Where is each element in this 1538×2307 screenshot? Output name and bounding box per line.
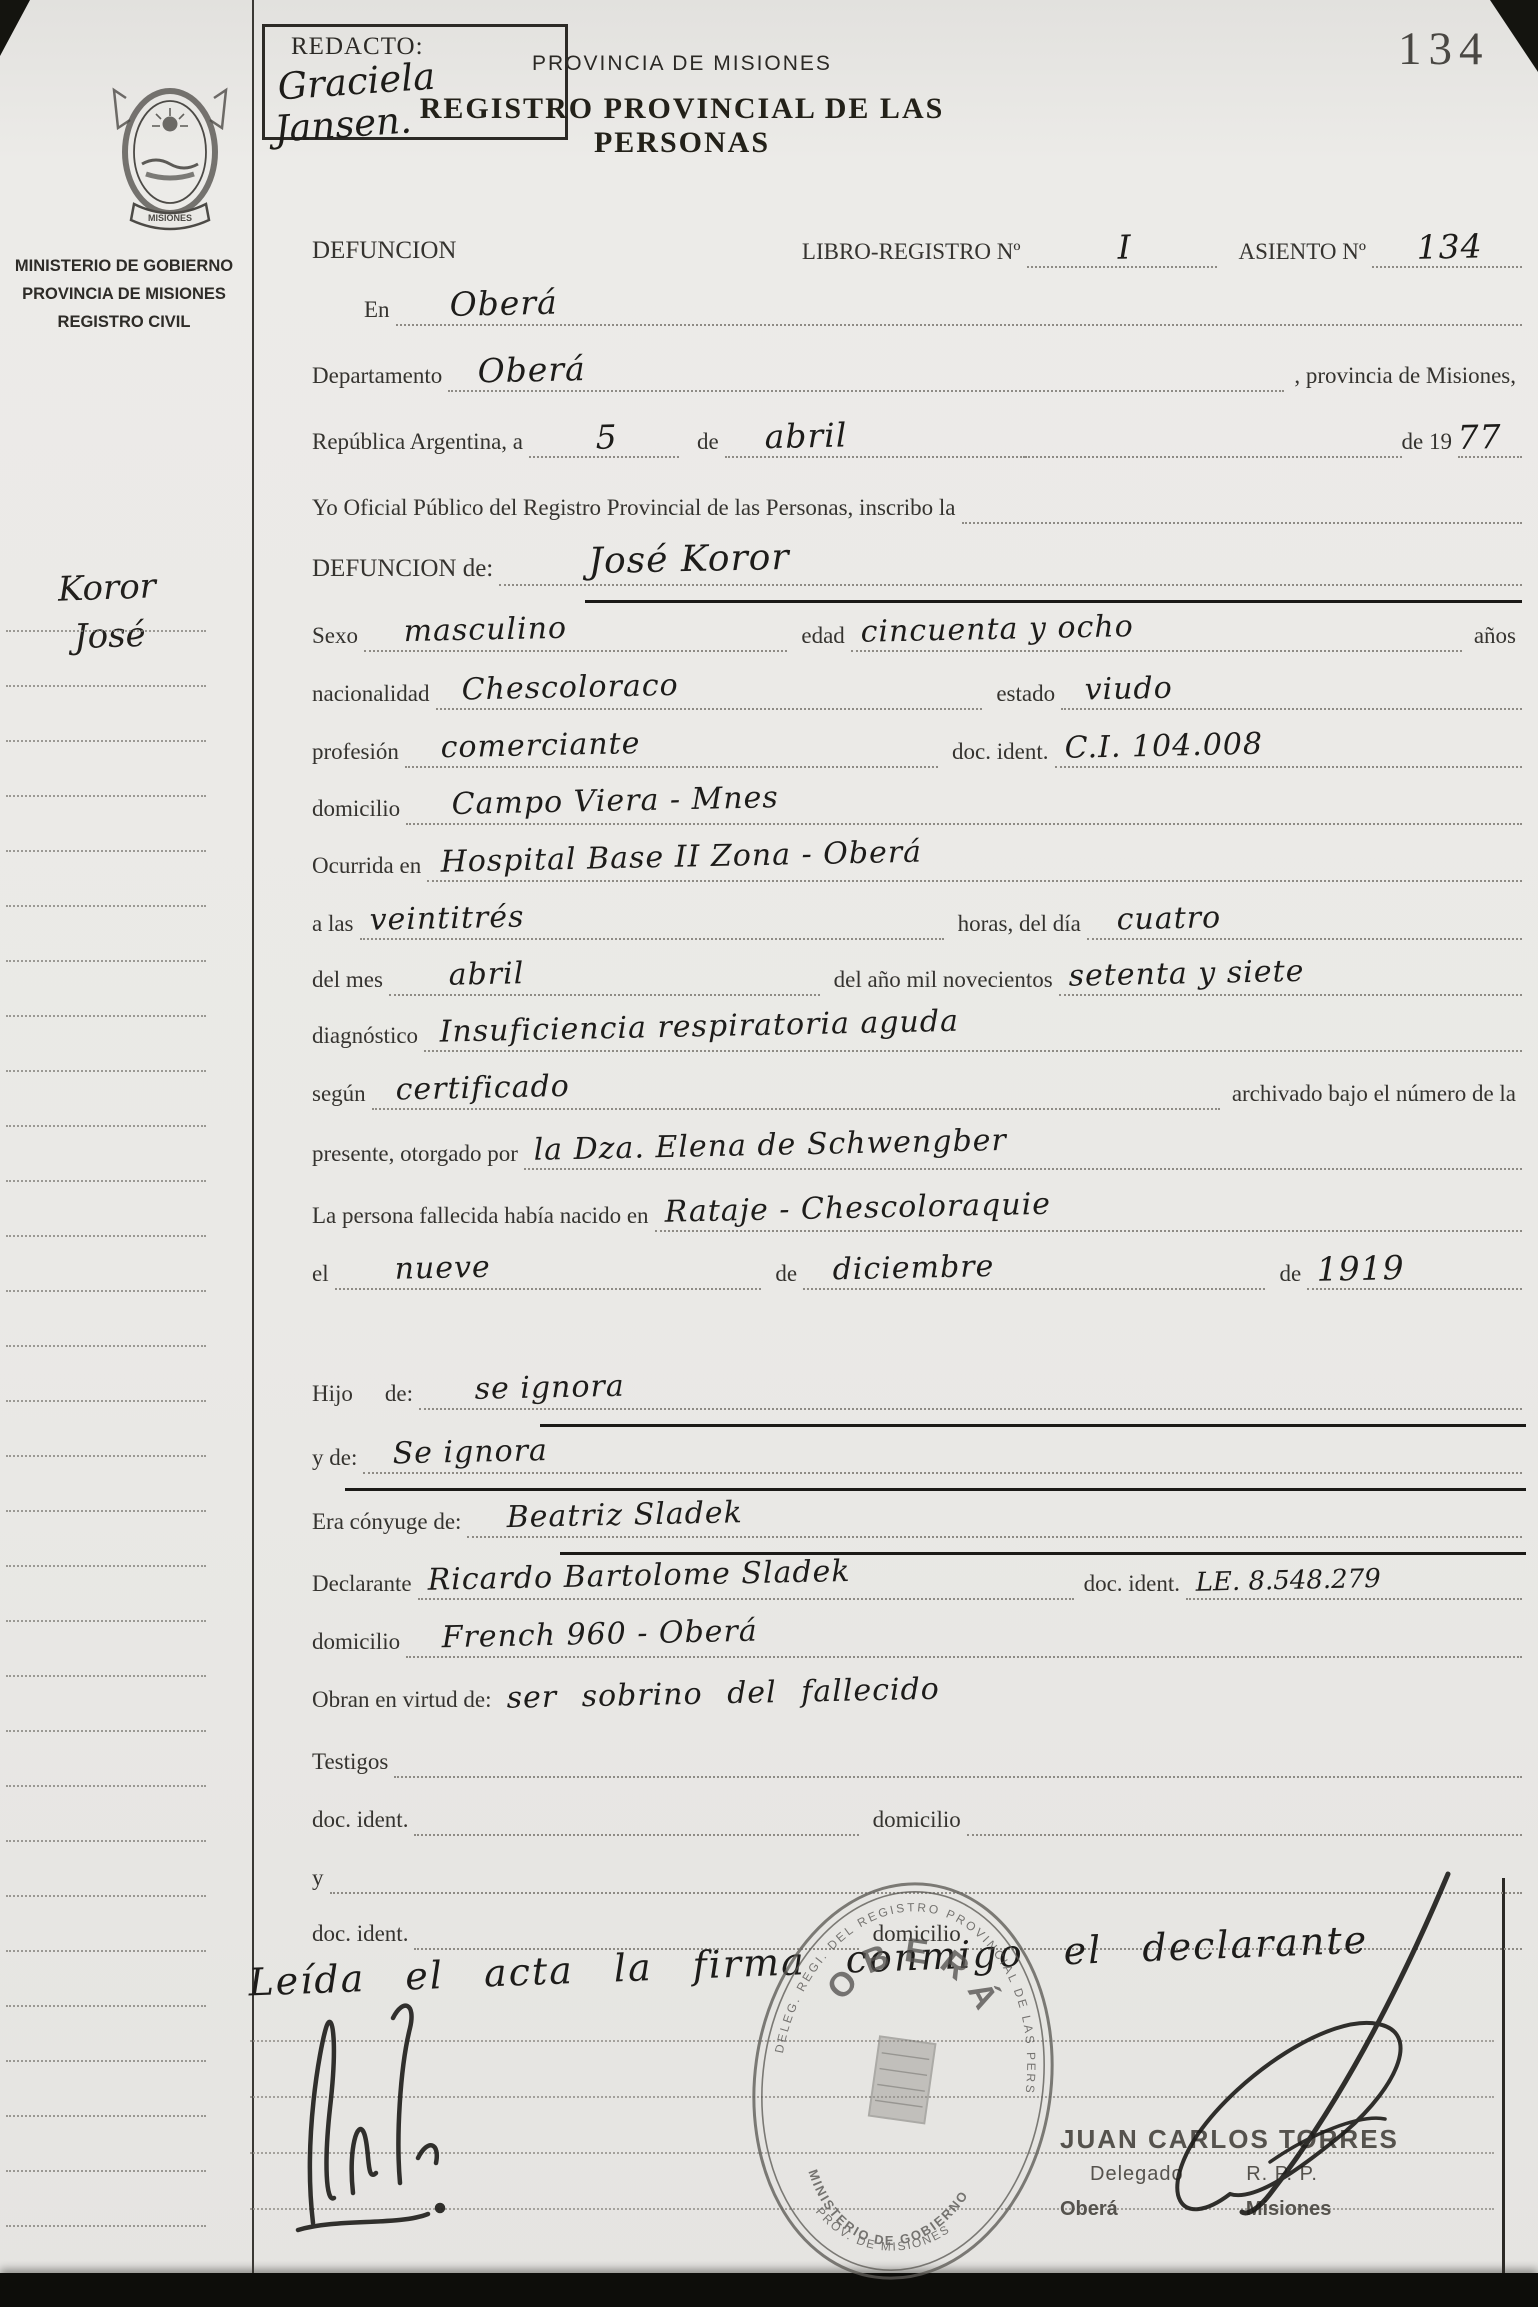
heavy-rule bbox=[585, 600, 1522, 603]
issued-by-row: presente, otorgado por la Dza. Elena de … bbox=[312, 1126, 1522, 1170]
de-label: de bbox=[679, 429, 725, 458]
place-field: Oberá bbox=[396, 289, 1522, 326]
place-row: En Oberá bbox=[312, 282, 1522, 326]
ocurrida-label: Ocurrida en bbox=[312, 853, 427, 882]
left-signature bbox=[268, 1958, 528, 2258]
segun-field: certificado bbox=[372, 1076, 1220, 1110]
year-field: 77 bbox=[1458, 421, 1522, 458]
heavy-rule bbox=[560, 1552, 1526, 1555]
domicilio3-label: domicilio bbox=[859, 1807, 967, 1836]
segun-label: según bbox=[312, 1081, 372, 1110]
date-row: República Argentina, a 5 de abril de 19 … bbox=[312, 414, 1522, 458]
emblem-ribbon-text: MISIONES bbox=[148, 213, 192, 223]
domicilio-field: Campo Viera - Mnes bbox=[406, 791, 1522, 825]
edad-label: edad bbox=[787, 623, 850, 652]
conyuge-label: Era cónyuge de: bbox=[312, 1509, 467, 1538]
death-month-row: del mes abril del año mil novecientos se… bbox=[312, 952, 1522, 996]
sex-age-row: Sexo masculino edad cincuenta y ocho año… bbox=[312, 608, 1522, 652]
father-row: Hijo de: se ignora bbox=[312, 1366, 1522, 1410]
asiento-field: 134 bbox=[1372, 231, 1522, 268]
libro-registro-label: LIBRO-REGISTRO Nº bbox=[802, 239, 1027, 268]
ocurrida-field: Hospital Base II Zona - Oberá bbox=[427, 848, 1522, 882]
spouse-field: Beatriz Sladek bbox=[467, 1504, 1522, 1538]
dia-field: cuatro bbox=[1087, 906, 1522, 940]
official-signature-block: JUAN CARLOS TORRES Delegado R. P. P. Obe… bbox=[1060, 2124, 1420, 2221]
anos-label: años bbox=[1462, 623, 1522, 652]
declarante-label: Declarante bbox=[312, 1571, 418, 1600]
doc-ident2-field: LE. 8.548.279 bbox=[1186, 1570, 1522, 1600]
archivado-label: archivado bajo el número de la bbox=[1220, 1081, 1522, 1110]
official-statement-label: Yo Oficial Público del Registro Provinci… bbox=[312, 495, 962, 524]
ministry-line: MINISTERIO DE GOBIERNO bbox=[8, 252, 240, 280]
doc-ident3-label: doc. ident. bbox=[312, 1807, 414, 1836]
provincia-suffix: , provincia de Misiones, bbox=[1284, 363, 1522, 392]
libro-registro-field: I bbox=[1027, 231, 1217, 268]
spouse-row: Era cónyuge de: Beatriz Sladek bbox=[312, 1494, 1522, 1538]
nac-mes-field: diciembre bbox=[803, 1256, 1265, 1290]
del-mes-label: del mes bbox=[312, 967, 389, 996]
defuncion-de-label: DEFUNCION de: bbox=[312, 555, 499, 586]
mother-field: Se ignora bbox=[363, 1440, 1522, 1474]
nacionalidad-label: nacionalidad bbox=[312, 681, 436, 710]
hijo-de-label: de: bbox=[359, 1381, 419, 1410]
horas-dia-label: horas, del día bbox=[944, 911, 1087, 940]
hijo-label: Hijo bbox=[312, 1381, 359, 1410]
medico-field: la Dza. Elena de Schwengber bbox=[524, 1136, 1522, 1170]
de-label: de bbox=[761, 1261, 803, 1290]
edad-field: cincuenta y ocho bbox=[851, 618, 1462, 652]
profesion-label: profesión bbox=[312, 739, 405, 768]
margin-givenname-annotation: José bbox=[73, 615, 146, 657]
birth-date-row: el nueve de diciembre de 1919 bbox=[312, 1246, 1522, 1290]
declarant-field: Ricardo Bartolome Sladek bbox=[418, 1566, 1074, 1600]
witness1-id-row: doc. ident. domicilio bbox=[312, 1792, 1522, 1836]
obran-field: ser sobrino del fallecido bbox=[497, 1684, 1522, 1716]
sexo-field: masculino bbox=[364, 618, 787, 652]
profesion-field: comerciante bbox=[405, 734, 938, 768]
domicile-row: domicilio Campo Viera - Mnes bbox=[312, 781, 1522, 825]
official-location: Oberá Misiones bbox=[1060, 2198, 1420, 2221]
scan-corner-mark bbox=[1490, 0, 1538, 72]
coat-of-arms-misiones: MISIONES bbox=[106, 68, 234, 250]
year-prefix-label: de 19 bbox=[1402, 429, 1458, 458]
diagnostico-field: Insuficiencia respiratoria aguda bbox=[424, 1018, 1522, 1052]
hora-field: veintitrés bbox=[360, 906, 944, 940]
birth-place-row: La persona fallecida había nacido en Rat… bbox=[312, 1188, 1522, 1232]
republica-label: República Argentina, a bbox=[312, 429, 529, 458]
certificate-row: según certificado archivado bajo el núme… bbox=[312, 1066, 1522, 1110]
doc-ident-label: doc. ident. bbox=[938, 739, 1054, 768]
day-field: 5 bbox=[529, 421, 679, 458]
death-place-row: Ocurrida en Hospital Base II Zona - Ober… bbox=[312, 838, 1522, 882]
nacido-label: La persona fallecida había nacido en bbox=[312, 1203, 655, 1232]
heavy-rule bbox=[540, 1424, 1526, 1427]
deceased-name-row: DEFUNCION de: José Koror bbox=[312, 542, 1522, 586]
doc-ident4-label: doc. ident. bbox=[312, 1921, 414, 1950]
profession-row: profesión comerciante doc. ident. C.I. 1… bbox=[312, 724, 1522, 768]
mother-row: y de: Se ignora bbox=[312, 1430, 1522, 1474]
page-number: 134 bbox=[1398, 22, 1490, 76]
y-de-label: y de: bbox=[312, 1445, 363, 1474]
sidebar-divider-rule bbox=[252, 0, 254, 2273]
month-field: abril bbox=[725, 421, 1025, 458]
witnesses-row: Testigos bbox=[312, 1734, 1522, 1778]
el-label: el bbox=[312, 1261, 335, 1290]
declarant-row: Declarante Ricardo Bartolome Sladek doc.… bbox=[312, 1556, 1522, 1600]
nacido-field: Rataje - Chescoloraquie bbox=[655, 1198, 1522, 1232]
heavy-rule bbox=[345, 1488, 1526, 1491]
doc-ident2-label: doc. ident. bbox=[1074, 1571, 1186, 1600]
en-label: En bbox=[312, 297, 396, 326]
departamento-label: Departamento bbox=[312, 363, 448, 392]
obran-label: Obran en virtud de: bbox=[312, 1687, 497, 1716]
nac-anio-field: 1919 bbox=[1307, 1253, 1522, 1290]
testigos-label: Testigos bbox=[312, 1749, 394, 1778]
presente-label: presente, otorgado por bbox=[312, 1141, 524, 1170]
deceased-name-field: José Koror bbox=[499, 546, 1522, 586]
official-title: Delegado R. P. P. bbox=[1090, 2163, 1420, 2186]
province-line: PROVINCIA DE MISIONES bbox=[8, 280, 240, 308]
a-las-label: a las bbox=[312, 911, 360, 940]
office-line: REGISTRO CIVIL bbox=[8, 308, 240, 336]
capacity-row: Obran en virtud de: ser sobrino del fall… bbox=[312, 1672, 1522, 1716]
father-field: se ignora bbox=[419, 1376, 1522, 1410]
province-heading: PROVINCIA DE MISIONES bbox=[432, 52, 932, 76]
diagnosis-row: diagnóstico Insuficiencia respiratoria a… bbox=[312, 1008, 1522, 1052]
registry-title: REGISTRO PROVINCIAL DE LAS PERSONAS bbox=[382, 92, 982, 160]
domicilio-label: domicilio bbox=[312, 796, 406, 825]
estado-field: viudo bbox=[1061, 676, 1522, 710]
nac-dia-field: nueve bbox=[335, 1256, 762, 1290]
anio-label: del año mil novecientos bbox=[820, 967, 1059, 996]
margin-surname-annotation: Koror bbox=[57, 566, 156, 609]
anio-field: setenta y siete bbox=[1059, 962, 1522, 996]
de-label: de bbox=[1265, 1261, 1307, 1290]
official-name: JUAN CARLOS TORRES bbox=[1060, 2124, 1420, 2155]
registry-oval-stamp: DELEG. REGI. DEL REGISTRO PROVINCIAL DE … bbox=[738, 1872, 1068, 2290]
nationality-row: nacionalidad Chescoloraco estado viudo bbox=[312, 666, 1522, 710]
death-time-row: a las veintitrés horas, del día cuatro bbox=[312, 896, 1522, 940]
scan-corner-mark bbox=[0, 0, 30, 56]
death-certificate-page: MISIONES MINISTERIO DE GOBIERNO PROVINCI… bbox=[0, 0, 1538, 2307]
diagnostico-label: diagnóstico bbox=[312, 1023, 424, 1052]
asiento-label: ASIENTO Nº bbox=[1217, 239, 1372, 268]
record-header-row: DEFUNCION LIBRO-REGISTRO Nº I ASIENTO Nº… bbox=[312, 224, 1522, 268]
doc-ident-field: C.I. 104.008 bbox=[1055, 734, 1523, 768]
departamento-field: Oberá bbox=[448, 355, 1284, 392]
domicilio2-field: French 960 - Oberá bbox=[406, 1624, 1522, 1658]
y-label: y bbox=[312, 1865, 330, 1894]
record-type-label: DEFUNCION bbox=[312, 237, 462, 268]
estado-label: estado bbox=[982, 681, 1061, 710]
domicilio2-label: domicilio bbox=[312, 1629, 406, 1658]
issuing-office-block: MINISTERIO DE GOBIERNO PROVINCIA DE MISI… bbox=[8, 252, 240, 336]
official-statement-row: Yo Oficial Público del Registro Provinci… bbox=[312, 480, 1522, 524]
mes-field: abril bbox=[389, 962, 820, 996]
sexo-label: Sexo bbox=[312, 623, 364, 652]
nacionalidad-field: Chescoloraco bbox=[436, 676, 983, 710]
departamento-row: Departamento Oberá , provincia de Mision… bbox=[312, 348, 1522, 392]
declarant-domicile-row: domicilio French 960 - Oberá bbox=[312, 1614, 1522, 1658]
